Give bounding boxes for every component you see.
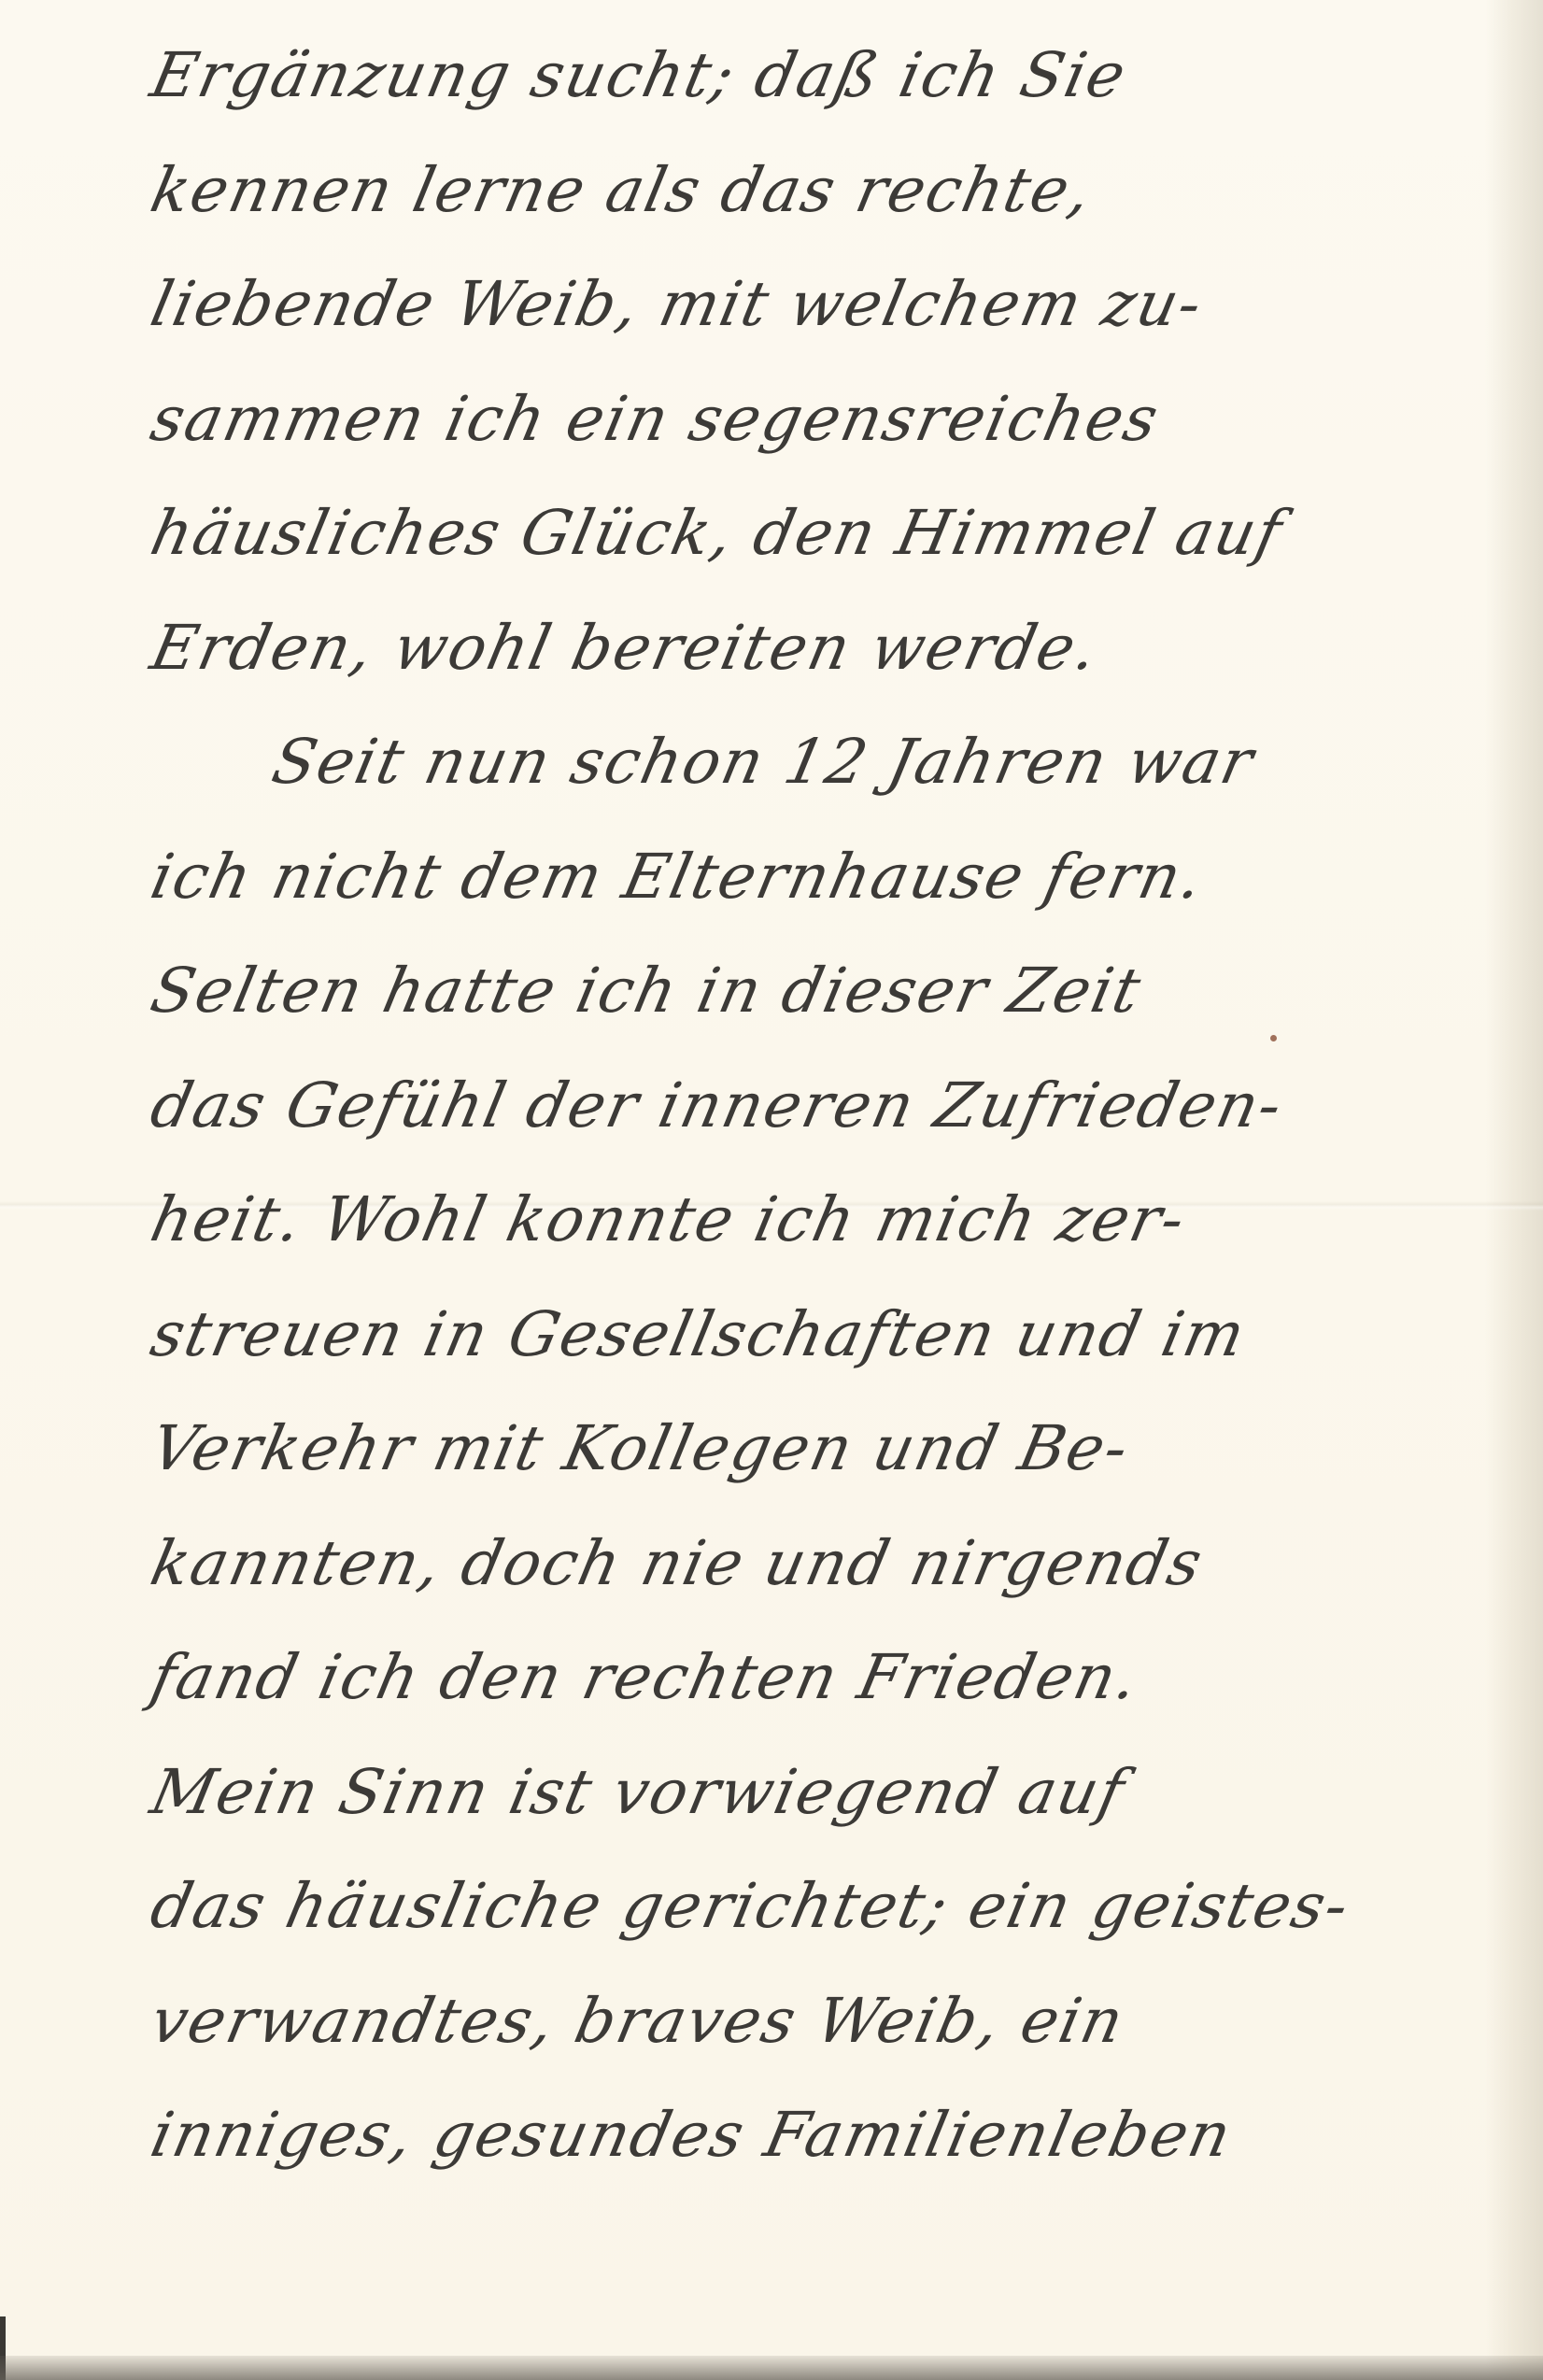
text-line-3: liebende Weib, mit welchem zu- xyxy=(140,248,1491,362)
text-line-10: das Gefühl der inneren Zufrieden- xyxy=(140,1049,1491,1164)
text-line-9: Selten hatte ich in dieser Zeit xyxy=(140,934,1491,1049)
letter-page: Ergänzung sucht; daß ich Sie kennen lern… xyxy=(0,0,1543,2380)
text-line-12: streuen in Gesellschaften und im xyxy=(140,1278,1491,1393)
text-line-4: sammen ich ein segensreiches xyxy=(140,362,1491,477)
text-line-5: häusliches Glück, den Himmel auf xyxy=(140,476,1491,591)
text-line-14: kannten, doch nie und nirgends xyxy=(140,1507,1491,1622)
text-line-11: heit. Wohl konnte ich mich zer- xyxy=(140,1163,1491,1278)
text-line-18: verwandtes, braves Weib, ein xyxy=(140,1964,1491,2079)
text-line-19: inniges, gesundes Familienleben xyxy=(140,2078,1491,2193)
text-line-17: das häusliche gerichtet; ein geistes- xyxy=(140,1849,1491,1964)
text-line-6: Erden, wohl bereiten werde. xyxy=(140,591,1491,706)
scan-edge-shadow-bottom xyxy=(0,2356,1543,2380)
text-line-1: Ergänzung sucht; daß ich Sie xyxy=(140,19,1491,134)
text-line-15: fand ich den rechten Frieden. xyxy=(140,1621,1491,1735)
text-line-2: kennen lerne als das rechte, xyxy=(140,134,1491,248)
handwritten-text-body: Ergänzung sucht; daß ich Sie kennen lern… xyxy=(140,19,1466,2193)
paragraph-start-line-7: Seit nun schon 12 Jahren war xyxy=(140,705,1491,820)
text-line-13: Verkehr mit Kollegen und Be- xyxy=(140,1392,1491,1507)
text-line-16: Mein Sinn ist vorwiegend auf xyxy=(140,1735,1491,1850)
text-line-8: ich nicht dem Elternhause fern. xyxy=(140,820,1491,935)
